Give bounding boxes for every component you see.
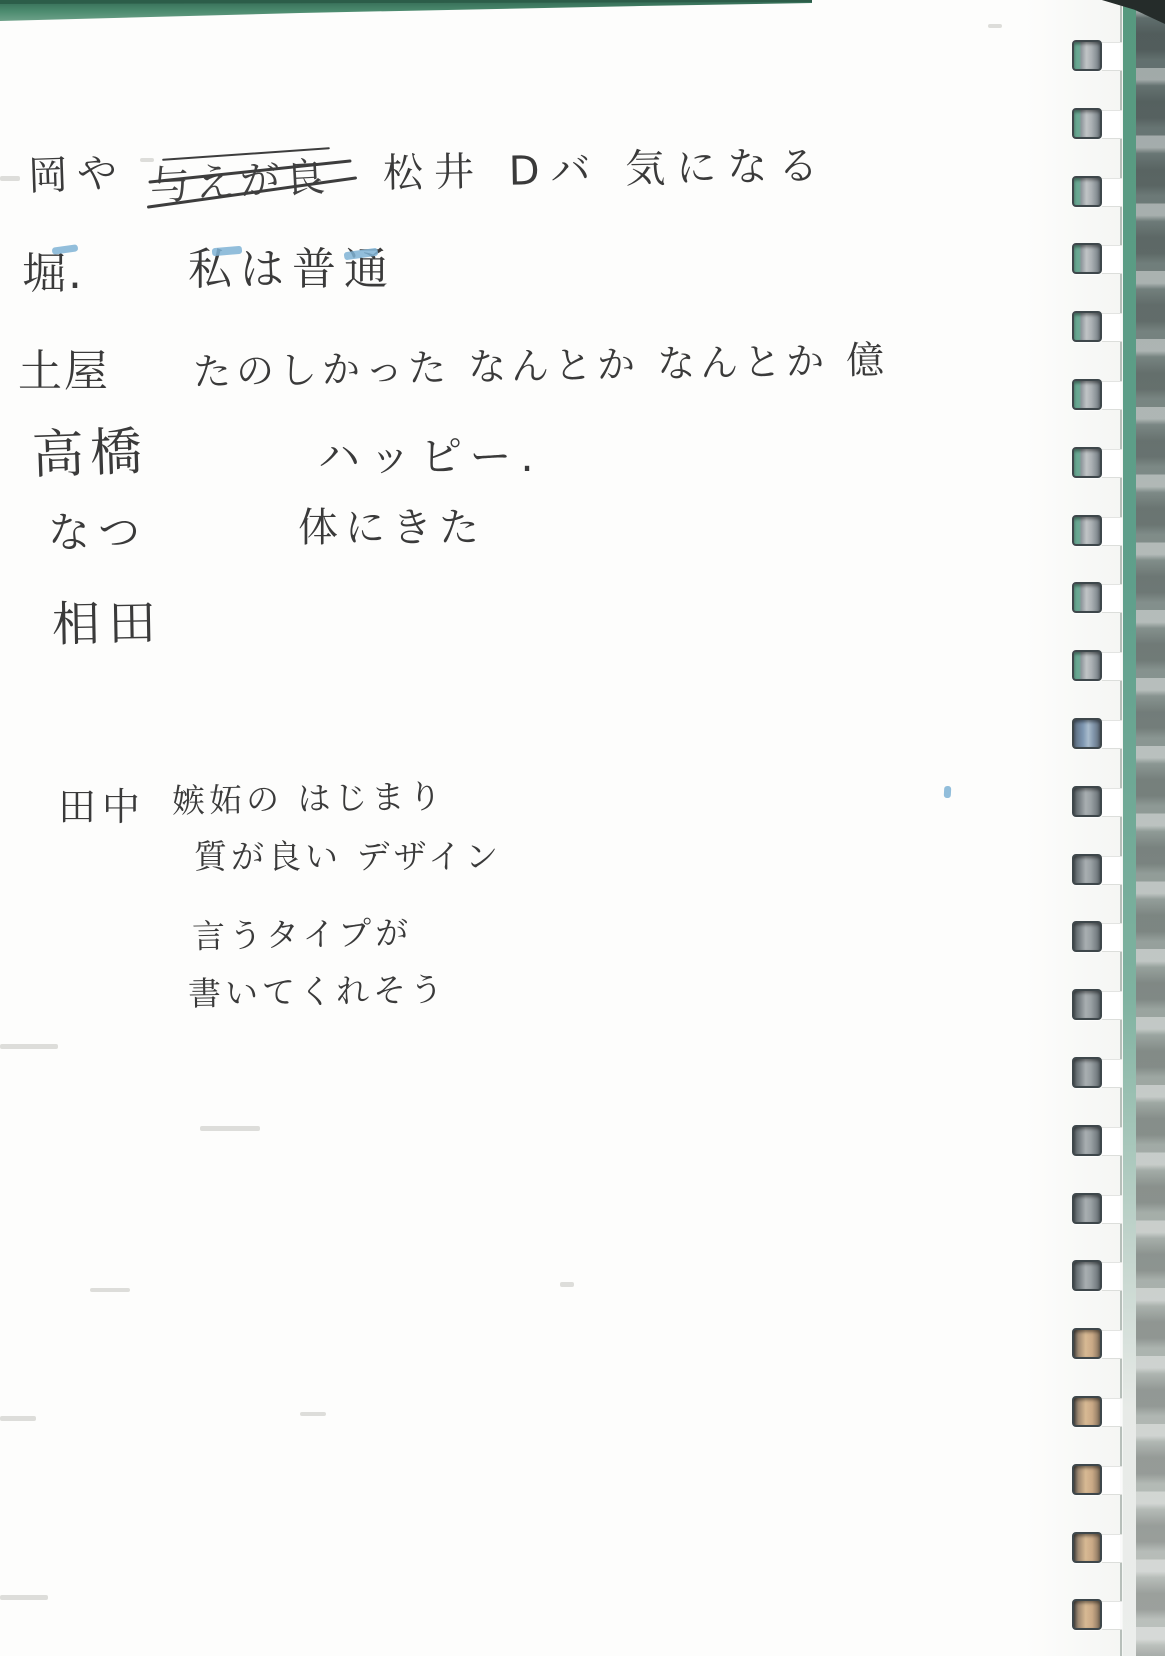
binding-hole xyxy=(1072,311,1102,342)
binding-hole xyxy=(1072,650,1102,681)
scan-speck xyxy=(0,1595,48,1600)
cover-strip-top xyxy=(0,0,840,26)
name-label: 相田 xyxy=(52,599,165,649)
binding-hole xyxy=(1072,989,1102,1020)
note-text: 質が良い デザイン xyxy=(194,840,502,873)
hole-paper-tab xyxy=(1102,1534,1122,1563)
hole-paper-tab xyxy=(1102,1262,1122,1291)
hole-paper-tab xyxy=(1102,110,1122,139)
hole-paper-tab xyxy=(1102,449,1122,478)
binding-hole xyxy=(1072,718,1102,749)
cover-edge-strip xyxy=(1123,6,1137,1656)
binding-hole xyxy=(1072,1057,1102,1088)
binding-hole xyxy=(1072,582,1102,613)
scan-speck xyxy=(300,1412,326,1416)
hole-paper-tab xyxy=(1102,178,1122,207)
binding-hole xyxy=(1072,786,1102,817)
binding-hole xyxy=(1072,447,1102,478)
binding-hole xyxy=(1072,1125,1102,1156)
binding-hole xyxy=(1072,1260,1102,1291)
name-label: 土屋 xyxy=(18,350,110,394)
note-text: 言うタイプが xyxy=(192,916,413,953)
scan-speck xyxy=(140,158,154,162)
notebook-page: 岡や 与えが良 松井 Dバ 気になる 堀. 私は普通 土屋 たのしかった なんと… xyxy=(0,0,1165,1656)
hole-paper-tab xyxy=(1102,313,1122,342)
name-label: 田中 xyxy=(58,788,146,826)
note-text: 書いてくれそう xyxy=(188,973,448,1011)
note-text: たのしかった なんとか なんとか 億 xyxy=(193,341,890,391)
binding-hole xyxy=(1072,1464,1102,1495)
hole-paper-tab xyxy=(1102,1466,1122,1495)
binding-hole xyxy=(1072,40,1102,71)
binding-hole xyxy=(1072,243,1102,274)
hole-paper-tab xyxy=(1102,720,1122,749)
binding-hole xyxy=(1072,515,1102,546)
name-label: 高橋 xyxy=(31,426,149,482)
binding-hole xyxy=(1072,379,1102,410)
hole-paper-tab xyxy=(1102,788,1122,817)
hole-paper-tab xyxy=(1102,923,1122,952)
name-label: 岡や xyxy=(27,153,126,196)
binding-hole xyxy=(1072,1193,1102,1224)
binding-hole xyxy=(1072,176,1102,207)
scan-speck xyxy=(988,24,1002,28)
hole-paper-tab xyxy=(1102,517,1122,546)
blue-ink-mark xyxy=(944,786,952,798)
binding-hole xyxy=(1072,108,1102,139)
hole-paper-tab xyxy=(1102,1059,1122,1088)
binding-hole xyxy=(1072,921,1102,952)
note-text: ハッピー. xyxy=(318,436,543,478)
hole-paper-tab xyxy=(1102,1601,1122,1630)
binding-hole xyxy=(1072,1599,1102,1630)
spiral-coil xyxy=(1136,0,1165,1656)
note-text: 嫉妬の はじまり xyxy=(172,780,446,818)
hole-paper-tab xyxy=(1102,991,1122,1020)
scan-speck xyxy=(90,1288,130,1292)
hole-paper-tab xyxy=(1102,381,1122,410)
binding-hole xyxy=(1072,854,1102,885)
hole-paper-tab xyxy=(1102,1398,1122,1427)
hole-paper-tab xyxy=(1102,42,1122,71)
scan-speck xyxy=(0,1044,58,1049)
hole-paper-tab xyxy=(1102,652,1122,681)
note-text: 松井 Dバ 気になる xyxy=(383,146,830,194)
hole-paper-tab xyxy=(1102,1127,1122,1156)
name-label: 堀. xyxy=(22,252,84,296)
binding-hole xyxy=(1072,1532,1102,1563)
hole-paper-tab xyxy=(1102,1330,1122,1359)
note-text: 体にきた xyxy=(298,508,486,548)
scan-speck xyxy=(200,1126,260,1131)
scan-speck xyxy=(0,1416,36,1421)
hole-paper-tab xyxy=(1102,1195,1122,1224)
hole-paper-tab xyxy=(1102,856,1122,885)
binding-hole xyxy=(1072,1396,1102,1427)
name-label: なつ xyxy=(48,512,148,554)
scan-speck xyxy=(0,176,20,181)
binding-hole xyxy=(1072,1328,1102,1359)
hole-paper-tab xyxy=(1102,245,1122,274)
scan-speck xyxy=(560,1282,574,1287)
hole-paper-tab xyxy=(1102,584,1122,613)
